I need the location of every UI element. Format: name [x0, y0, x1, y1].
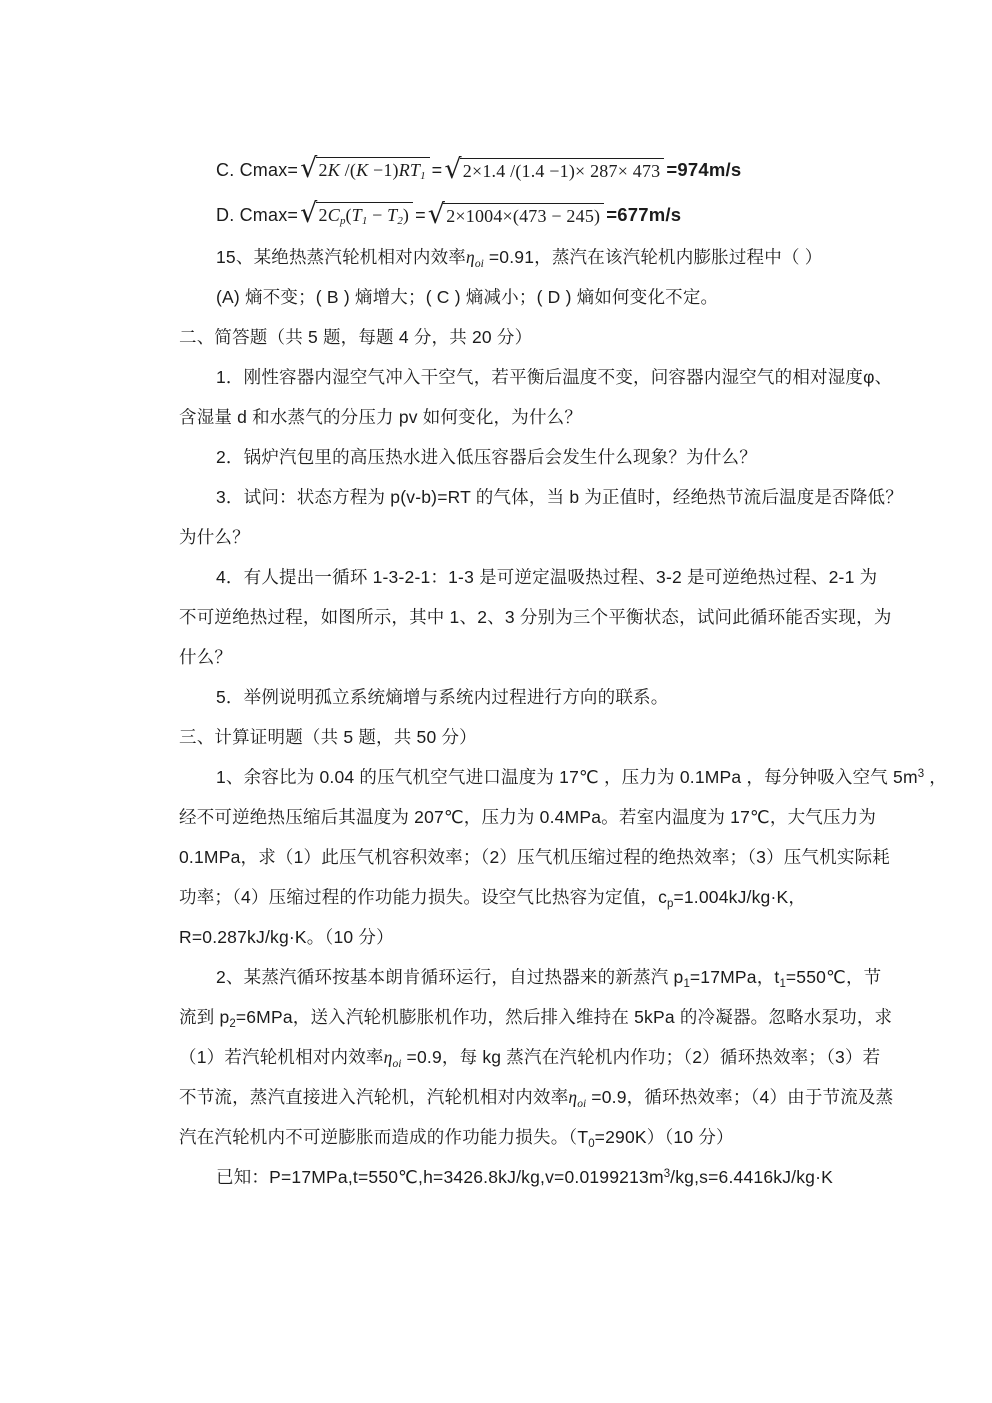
- text-run: =0.9，每 kg 蒸汽在汽轮机内作功；（2）循环热效率；（3）若: [401, 1047, 880, 1067]
- text-run: 含湿量 d 和水蒸气的分压力 pv 如何变化，为什么？: [179, 407, 582, 427]
- text-run: 不可逆绝热过程，如图所示，其中 1、2、3 分别为三个平衡状态，试问此循环能否实…: [179, 607, 892, 627]
- short-answer-q4-line1: 4．有人提出一循环 1-3-2-1：1-3 是可逆定温吸热过程、3-2 是可逆绝…: [179, 557, 879, 597]
- text-run: η: [384, 1047, 393, 1067]
- text-run: =974m/s: [666, 150, 741, 190]
- text-run: 二、简答题（共 5 题，每题 4 分，共 20 分）: [179, 327, 532, 347]
- text-run: 三、计算证明题（共 5 题，共 50 分）: [179, 727, 477, 747]
- short-answer-q2: 2．锅炉汽包里的高压热水进入低压容器后会发生什么现象？为什么？: [179, 437, 879, 477]
- text-run: 2×1004×(473 − 245): [446, 206, 600, 226]
- question-15-options: (A) 熵不变；( B ) 熵增大；( C ) 熵减小；( D ) 熵如何变化不…: [179, 277, 879, 317]
- radical-body: 2×1.4 /(1.4 −1)× 287× 473: [460, 158, 665, 183]
- text-run: 2: [319, 160, 328, 180]
- text-run: =6MPa，送入汽轮机膨胀机作功，然后排入维持在 5kPa 的冷凝器。忽略水泵功…: [236, 1007, 892, 1027]
- text-run: K: [356, 160, 368, 180]
- text-run: 1、余容比为 0.04 的压气机空气进口温度为 17℃ ，压力为 0.1MPa …: [216, 767, 918, 787]
- question-15-stem: 15、某绝热蒸汽轮机相对内效率ηoi =0.91，蒸汽在该汽轮机内膨胀过程中（ …: [179, 237, 879, 277]
- text-run: 为什么？: [179, 527, 250, 547]
- text-run: 3: [918, 768, 924, 780]
- text-run: 不节流，蒸汽直接进入汽轮机，汽轮机相对内效率: [179, 1087, 568, 1107]
- text-run: −: [367, 205, 387, 225]
- short-answer-q3-line1: 3．试问：状态方程为 p(v-b)=RT 的气体，当 b 为正值时，经绝热节流后…: [179, 477, 879, 517]
- text-run: oi: [577, 1098, 586, 1110]
- text-run: （1）若汽轮机相对内效率: [179, 1047, 384, 1067]
- text-run: /kg,s=6.4416kJ/kg·K: [670, 1167, 833, 1187]
- text-run: 3: [664, 1168, 670, 1180]
- text-run: 1: [683, 978, 689, 990]
- calc-q1-line3: 0.1MPa，求（1）此压气机容积效率；（2）压气机压缩过程的绝热效率；（3）压…: [179, 837, 879, 877]
- text-run: =17MPa，t: [690, 967, 780, 987]
- text-run: 经不可逆绝热压缩后其温度为 207℃，压力为 0.4MPa。若室内温度为 17℃…: [179, 807, 876, 827]
- text-run: =550℃，节: [786, 967, 881, 987]
- section-header-calculation: 三、计算证明题（共 5 题，共 50 分）: [179, 717, 879, 757]
- text-run: RT: [399, 160, 420, 180]
- text-run: /(: [340, 160, 356, 180]
- formula-option-d: D. Cmax= √2Cp(T1 − T2) = √2×1004×(473 − …: [179, 192, 879, 237]
- radical-body: 2Cp(T1 − T2): [316, 202, 414, 230]
- short-answer-q1-line2: 含湿量 d 和水蒸气的分压力 pv 如何变化，为什么？: [179, 397, 879, 437]
- short-answer-q4-line3: 什么？: [179, 637, 879, 677]
- text-run: 1．刚性容器内湿空气冲入干空气，若平衡后温度不变，问容器内湿空气的相对湿度φ、: [216, 367, 892, 387]
- text-run: η: [466, 247, 475, 267]
- calc-q1-line5: R=0.287kJ/kg·K。（10 分）: [179, 917, 879, 957]
- text-run: ，: [924, 767, 947, 787]
- text-run: η: [568, 1087, 577, 1107]
- text-run: 2: [229, 1018, 235, 1030]
- text-run: =1.004kJ/kg·K，: [673, 887, 806, 907]
- text-run: 0.1MPa，求（1）此压气机容积效率；（2）压气机压缩过程的绝热效率；（3）压…: [179, 847, 890, 867]
- text-run: 2: [319, 205, 328, 225]
- document-content: C. Cmax= √2K /(K −1)RT1 = √2×1.4 /(1.4 −…: [179, 147, 879, 1197]
- radical: √2×1004×(473 − 245): [428, 201, 604, 228]
- text-run: 什么？: [179, 647, 232, 667]
- text-run: 汽在汽轮机内不可逆膨胀而造成的作功能力损失。（T: [179, 1127, 588, 1147]
- text-run: oi: [475, 258, 484, 270]
- given-data: 已知：P=17MPa,t=550℃,h=3426.8kJ/kg,v=0.0199…: [179, 1157, 879, 1197]
- short-answer-q4-line2: 不可逆绝热过程，如图所示，其中 1、2、3 分别为三个平衡状态，试问此循环能否实…: [179, 597, 879, 637]
- short-answer-q3-line2: 为什么？: [179, 517, 879, 557]
- text-run: 0: [588, 1138, 594, 1150]
- text-run: =: [415, 195, 426, 235]
- text-run: 已知：P=17MPa,t=550℃,h=3426.8kJ/kg,v=0.0199…: [216, 1167, 664, 1187]
- text-run: 功率；（4）压缩过程的作功能力损失。设空气比热容为定值，c: [179, 887, 667, 907]
- text-run: D. Cmax=: [216, 195, 298, 235]
- calc-q1-line2: 经不可逆绝热压缩后其温度为 207℃，压力为 0.4MPa。若室内温度为 17℃…: [179, 797, 879, 837]
- text-run: 3．试问：状态方程为 p(v-b)=RT 的气体，当 b 为正值时，经绝热节流后…: [216, 487, 903, 507]
- formula-option-c: C. Cmax= √2K /(K −1)RT1 = √2×1.4 /(1.4 −…: [179, 147, 879, 192]
- text-run: 4．有人提出一循环 1-3-2-1：1-3 是可逆定温吸热过程、3-2 是可逆绝…: [216, 567, 877, 587]
- text-run: =677m/s: [606, 195, 681, 235]
- text-run: 1: [362, 215, 368, 227]
- radical-body: 2×1004×(473 − 245): [443, 203, 604, 228]
- calc-q2-line1: 2、某蒸汽循环按基本朗肯循环运行，自过热器来的新蒸汽 p1=17MPa，t1=5…: [179, 957, 879, 997]
- calc-q2-line2: 流到 p2=6MPa，送入汽轮机膨胀机作功，然后排入维持在 5kPa 的冷凝器。…: [179, 997, 879, 1037]
- document-page: C. Cmax= √2K /(K −1)RT1 = √2×1.4 /(1.4 −…: [0, 0, 992, 1403]
- text-run: ): [403, 205, 409, 225]
- text-run: 5．举例说明孤立系统熵增与系统内过程进行方向的联系。: [216, 687, 668, 707]
- text-run: C: [328, 205, 340, 225]
- text-run: −1): [368, 160, 398, 180]
- calc-q2-line5: 汽在汽轮机内不可逆膨胀而造成的作功能力损失。（T0=290K）（10 分）: [179, 1117, 879, 1157]
- short-answer-q5: 5．举例说明孤立系统熵增与系统内过程进行方向的联系。: [179, 677, 879, 717]
- text-run: =0.91，蒸汽在该汽轮机内膨胀过程中（ ）: [484, 247, 823, 267]
- calc-q1-line1: 1、余容比为 0.04 的压气机空气进口温度为 17℃ ，压力为 0.1MPa …: [179, 757, 879, 797]
- section-header-short-answer: 二、简答题（共 5 题，每题 4 分，共 20 分）: [179, 317, 879, 357]
- text-run: 15、某绝热蒸汽轮机相对内效率: [216, 247, 466, 267]
- text-run: p: [340, 215, 346, 227]
- text-run: 2、某蒸汽循环按基本朗肯循环运行，自过热器来的新蒸汽 p: [216, 967, 683, 987]
- radical-body: 2K /(K −1)RT1: [316, 157, 430, 185]
- radical: √2K /(K −1)RT1: [300, 155, 430, 185]
- text-run: C. Cmax=: [216, 150, 298, 190]
- calc-q2-line4: 不节流，蒸汽直接进入汽轮机，汽轮机相对内效率ηoi =0.9，循环热效率；（4）…: [179, 1077, 879, 1117]
- text-run: =: [432, 150, 443, 190]
- text-run: 2．锅炉汽包里的高压热水进入低压容器后会发生什么现象？为什么？: [216, 447, 757, 467]
- text-run: =290K）（10 分）: [595, 1127, 734, 1147]
- calc-q2-line3: （1）若汽轮机相对内效率ηoi =0.9，每 kg 蒸汽在汽轮机内作功；（2）循…: [179, 1037, 879, 1077]
- text-run: 2×1.4 /(1.4 −1)× 287× 473: [463, 161, 661, 181]
- text-run: 2: [397, 215, 403, 227]
- text-run: T: [352, 205, 362, 225]
- radical: √2×1.4 /(1.4 −1)× 287× 473: [444, 156, 664, 183]
- text-run: (A) 熵不变；( B ) 熵增大；( C ) 熵减小；( D ) 熵如何变化不…: [216, 287, 718, 307]
- text-run: 1: [779, 978, 785, 990]
- calc-q1-line4: 功率；（4）压缩过程的作功能力损失。设空气比热容为定值，cp=1.004kJ/k…: [179, 877, 879, 917]
- radical: √2Cp(T1 − T2): [300, 200, 413, 230]
- text-run: K: [328, 160, 340, 180]
- short-answer-q1-line1: 1．刚性容器内湿空气冲入干空气，若平衡后温度不变，问容器内湿空气的相对湿度φ、: [179, 357, 879, 397]
- text-run: 流到 p: [179, 1007, 229, 1027]
- text-run: oi: [393, 1058, 402, 1070]
- text-run: p: [667, 898, 673, 910]
- text-run: 1: [420, 170, 426, 182]
- text-run: =0.9，循环热效率；（4）由于节流及蒸: [586, 1087, 893, 1107]
- text-run: R=0.287kJ/kg·K。（10 分）: [179, 927, 394, 947]
- text-run: T: [387, 205, 397, 225]
